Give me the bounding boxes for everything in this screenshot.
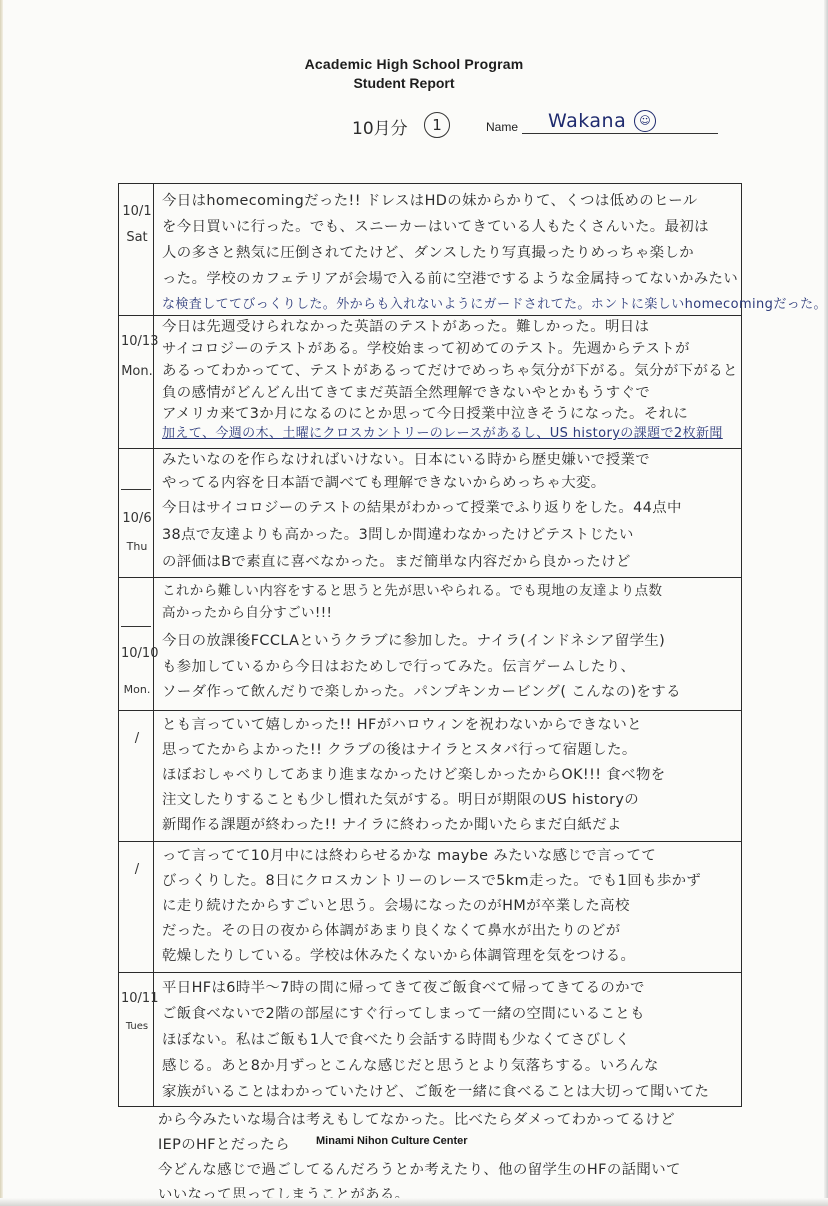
entry-date: 10/1	[121, 204, 153, 219]
page-edge-right	[824, 0, 828, 1206]
page-edge-left	[0, 0, 3, 1206]
smiley-icon: ☺	[634, 110, 656, 132]
entry-date: 10/10	[121, 646, 153, 661]
report-subtitle: Student Report	[0, 75, 828, 91]
date-separator	[121, 489, 151, 490]
entry-line: あるってわかってて、テストがあるってだけでめっちゃ気分が下がる。気分が下がると	[162, 360, 738, 382]
organization-footer: Minami Nihon Culture Center	[316, 1135, 468, 1147]
sheet-number-circle: 1	[424, 112, 450, 138]
entry-line: 平日HFは6時半〜7時の間に帰ってきて夜ご飯食べて帰ってきてるのかで	[162, 975, 737, 1001]
page-bottom-edge	[0, 1198, 828, 1206]
entry-line: ほぼない。私はご飯も1人で食べたり会話する時間も少なくてさびしく	[162, 1027, 737, 1053]
date-cell: 10/11 Tues	[119, 973, 154, 1106]
entry-line: 注文したりすることも少し慣れた気がする。明日が期限のUS historyの	[162, 788, 737, 813]
entry-text: って言ってて10月中には終わらせるかな maybe みたいな感じで言ってて びっ…	[154, 842, 741, 972]
entry-line: 乾燥したりしている。学校は休みたくないから体調管理を気をつける。	[162, 944, 737, 969]
entry-line: も参加しているから今日はおためしで行ってみた。伝言ゲームしたり、	[162, 655, 737, 680]
date-cell: 10/13 Mon.	[119, 316, 154, 448]
student-name: Wakana	[548, 110, 626, 132]
overflow-line: から今みたいな場合は考えもしてなかった。比べたらダメってわかってるけど	[158, 1108, 758, 1133]
entry-row: 10/6 Thu みたいなのを作らなければいけない。日本にいる時から歴史嫌いで授…	[119, 449, 741, 578]
entry-line: 思ってたからよかった!! クラブの後はナイラとスタバ行って宿題した。	[162, 738, 737, 763]
entry-line: 今日の放課後FCCLAというクラブに参加した。ナイラ(インドネシア留学生)	[162, 628, 737, 655]
entry-line: って言ってて10月中には終わらせるかな maybe みたいな感じで言ってて	[162, 844, 737, 869]
entry-line: 感じる。あと8か月ずっとこんな感じだと思うとより気落ちする。いろんな	[162, 1053, 737, 1079]
name-underline	[522, 133, 718, 134]
entry-row: 10/13 Mon. 今日は先週受けられなかった英語のテストがあった。難しかった…	[119, 316, 741, 449]
entry-text: これから難しい内容をすると思うと先が思いやられる。でも現地の友達より点数 高かっ…	[154, 578, 741, 710]
entry-line: 今日はサイコロジーのテストの結果がわかって授業でふり返りをした。44点中	[162, 495, 737, 522]
entry-text: 平日HFは6時半〜7時の間に帰ってきて夜ご飯食べて帰ってきてるのかで ご飯食べな…	[154, 973, 741, 1106]
entry-line: 人の多さと熱気に圧倒されてたけど、ダンスしたり写真撮ったりめっちゃ楽しか	[162, 240, 827, 266]
entry-line: ほぼおしゃべりしてあまり進まなかったけど楽しかったからOK!!! 食べ物を	[162, 763, 737, 788]
entry-line: った。学校のカフェテリアが会場で入る前に空港でするような金属持ってないかみたい	[162, 266, 827, 292]
entry-line: やってる内容を日本語で調べても理解できないからめっちゃ大変。	[162, 472, 737, 495]
entry-line-text: ソーダ作って飲んだりで楽しかった。パンプキンカービング( こんなの)をする	[162, 684, 681, 700]
entry-line: これから難しい内容をすると思うと先が思いやられる。でも現地の友達より点数	[162, 580, 737, 602]
entry-line: 今日はhomecomingだった!! ドレスはHDの妹からかりて、くつは低めのヒ…	[162, 188, 827, 214]
entry-line: 今日は先週受けられなかった英語のテストがあった。難しかった。明日は	[162, 316, 738, 338]
entry-weekday: Mon.	[121, 364, 153, 379]
entry-date: 10/11	[121, 991, 153, 1006]
date-cell: 10/6 Thu	[119, 449, 154, 577]
month-label: 10月分	[352, 114, 408, 139]
entry-line: とも言っていて嬉しかった!! HFがハロウィンを祝わないからできないと	[162, 713, 737, 738]
report-header: Academic High School Program Student Rep…	[0, 56, 828, 91]
entry-line: サイコロジーのテストがある。学校始まって初めてのテスト。先週からテストが	[162, 338, 738, 360]
program-title: Academic High School Program	[0, 56, 828, 72]
name-line: 10月分 1 Name Wakana ☺	[352, 112, 722, 136]
entry-line: 家族がいることはわかっていたけど、ご飯を一緒に食べることは大切って聞いてた	[162, 1079, 737, 1105]
entry-line: 加えて、今週の木、土曜にクロスカントリーのレースがあるし、US historyの…	[162, 424, 738, 444]
overflow-text: から今みたいな場合は考えもしてなかった。比べたらダメってわかってるけど IEPの…	[158, 1108, 758, 1206]
entry-row: 10/11 Tues 平日HFは6時半〜7時の間に帰ってきて夜ご飯食べて帰ってき…	[119, 973, 741, 1107]
entry-line: びっくりした。8日にクロスカントリーのレースで5km走った。でも1回も歩かず	[162, 869, 737, 894]
entry-line: の評価はBで素直に喜べなかった。まだ簡単な内容だから良かったけど	[162, 549, 737, 576]
entry-text: 今日は先週受けられなかった英語のテストがあった。難しかった。明日は サイコロジー…	[154, 316, 742, 448]
entry-date: /	[121, 731, 153, 746]
entry-line: 負の感情がどんどん出てきてまだ英語全然理解できないやとかもうすぐで	[162, 382, 738, 404]
entry-date: /	[121, 862, 153, 877]
entry-text: とも言っていて嬉しかった!! HFがハロウィンを祝わないからできないと 思ってた…	[154, 711, 741, 841]
overflow-line: 今どんな感じで過ごしてるんだろうとか考えたり、他の留学生のHFの話聞いて	[158, 1158, 758, 1183]
entry-row: / とも言っていて嬉しかった!! HFがハロウィンを祝わないからできないと 思っ…	[119, 711, 741, 842]
entry-date: 10/6	[121, 511, 153, 526]
entry-row: / って言ってて10月中には終わらせるかな maybe みたいな感じで言ってて …	[119, 842, 741, 973]
entry-weekday: Tues	[121, 1019, 153, 1034]
entry-line: ソーダ作って飲んだりで楽しかった。パンプキンカービング( こんなの)をする	[162, 680, 737, 705]
entry-weekday: Sat	[121, 230, 153, 245]
entry-line: 高かったから自分すごい!!!	[162, 602, 737, 628]
entry-line: に走り続けたからすごいと思う。会場になったのがHMが卒業した高校	[162, 894, 737, 919]
name-label: Name	[486, 120, 518, 134]
entry-row: 10/10 Mon. これから難しい内容をすると思うと先が思いやられる。でも現地…	[119, 578, 741, 711]
entry-date: 10/13	[121, 334, 153, 349]
entry-line: アメリカ来て3か月になるのにとか思って今日授業中泣きそうになった。それに	[162, 404, 738, 424]
entry-row: 10/1 Sat 今日はhomecomingだった!! ドレスはHDの妹からかり…	[119, 184, 741, 316]
report-table: 10/1 Sat 今日はhomecomingだった!! ドレスはHDの妹からかり…	[118, 183, 742, 1107]
date-cell: 10/1 Sat	[119, 184, 154, 315]
date-cell: /	[119, 711, 154, 841]
entry-weekday: Mon.	[121, 682, 153, 697]
entry-line: ご飯食べないで2階の部屋にすぐ行ってしまって一緒の空間にいることも	[162, 1001, 737, 1027]
entry-line: だった。その日の夜から体調があまり良くなくて鼻水が出たりのどが	[162, 919, 737, 944]
entry-weekday: Thu	[121, 539, 153, 554]
entry-text: 今日はhomecomingだった!! ドレスはHDの妹からかりて、くつは低めのヒ…	[154, 184, 828, 315]
entry-line: な検査しててびっくりした。外からも入れないようにガードされてた。ホントに楽しいh…	[162, 292, 827, 318]
date-cell: 10/10 Mon.	[119, 578, 154, 710]
entry-text: みたいなのを作らなければいけない。日本にいる時から歴史嫌いで授業で やってる内容…	[154, 449, 741, 577]
entry-line: 38点で友達よりも高かった。3問しか間違わなかったけどテストじたい	[162, 522, 737, 549]
entry-line: を今日買いに行った。でも、スニーカーはいてきている人もたくさんいた。最初は	[162, 214, 827, 240]
date-cell: /	[119, 842, 154, 972]
date-separator	[121, 626, 151, 627]
entry-line: みたいなのを作らなければいけない。日本にいる時から歴史嫌いで授業で	[162, 449, 737, 472]
entry-line: 新聞作る課題が終わった!! ナイラに終わったか聞いたらまだ白紙だよ	[162, 813, 737, 838]
